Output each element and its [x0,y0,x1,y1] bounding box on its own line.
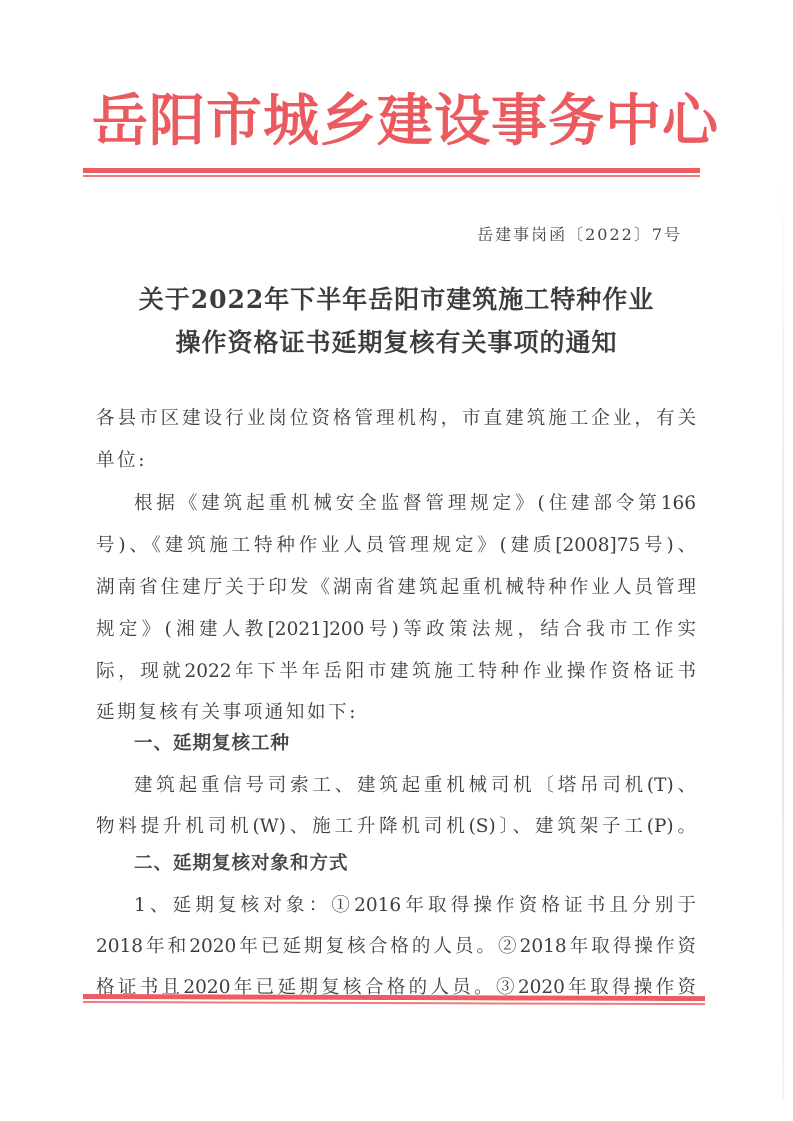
intro-line: 延期复核有关事项通知如下: [96,698,696,724]
footer-red-rule [83,994,705,1005]
intro-line: 号)、《建筑施工特种作业人员管理规定》(建质[2008]75号)、 [96,531,696,557]
document-title-line-1: 关于2022年下半年岳阳市建筑施工特种作业 [60,280,733,316]
organization-masthead: 岳阳市城乡建设事务中心 [92,86,702,156]
section-line: 建筑起重信号司索工、建筑起重机械司机〔塔吊司机(T)、 [134,771,696,797]
masthead-red-rule [83,168,700,177]
document-number: 岳建事岗函〔2022〕7号 [477,222,682,245]
section-line: 2018年和2020年已延期复核合格的人员。②2018年取得操作资 [96,932,696,958]
section-heading: 一、延期复核工种 [134,729,290,755]
salutation-line-1: 各县市区建设行业岗位资格管理机构，市直建筑施工企业，有关 [96,404,696,430]
scan-edge [782,180,784,1100]
section-heading: 二、延期复核对象和方式 [134,849,349,875]
intro-line: 际，现就2022年下半年岳阳市建筑施工特种作业操作资格证书 [96,657,696,683]
salutation-line-2: 单位: [96,446,696,472]
document-title-line-2: 操作资格证书延期复核有关事项的通知 [60,323,733,359]
section-line: 1、延期复核对象：①2016年取得操作资格证书且分别于 [134,891,696,917]
intro-line: 湖南省住建厅关于印发《湖南省建筑起重机械特种作业人员管理 [96,573,696,599]
intro-line: 根据《建筑起重机械安全监督管理规定》(住建部令第166 [134,489,696,515]
intro-line: 规定》(湘建人教[2021]200号)等政策法规，结合我市工作实 [96,615,696,641]
section-line: 物料提升机司机(W)、施工升降机司机(S)〕、建筑架子工(P)。 [96,812,696,838]
